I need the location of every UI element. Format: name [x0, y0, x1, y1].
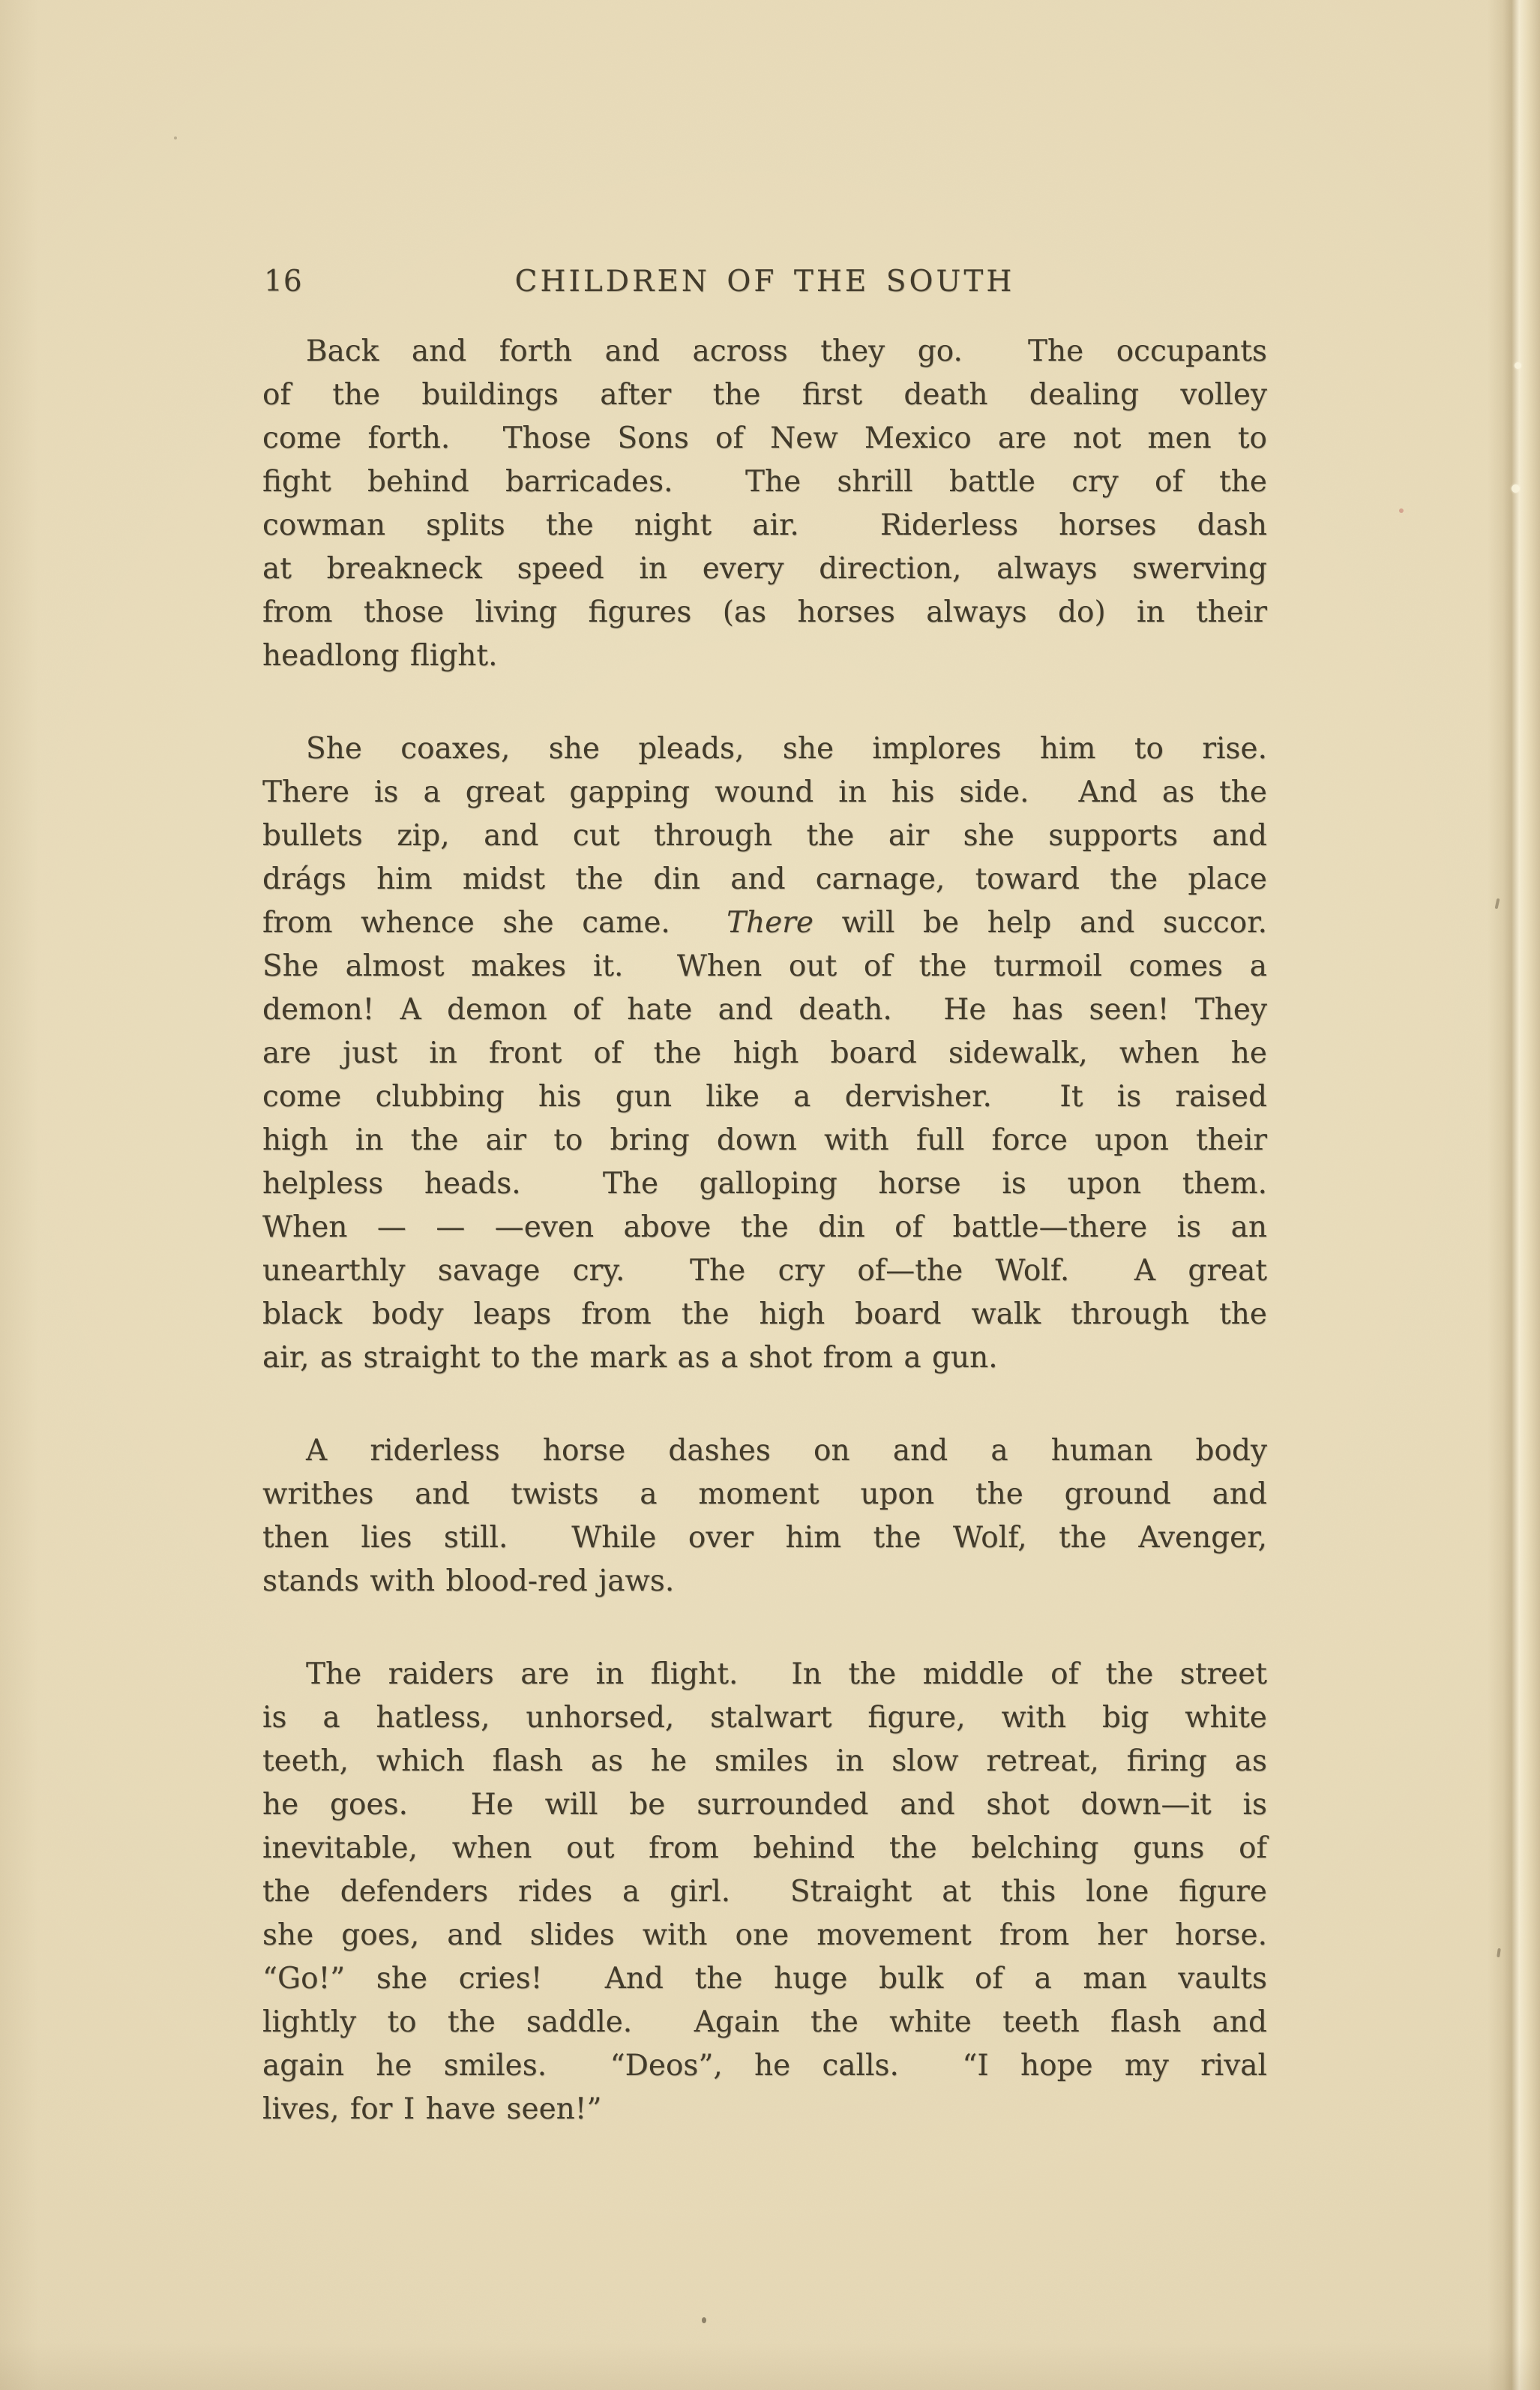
text-line: air, as straight to the mark as a shot f…: [262, 1336, 1267, 1380]
text-line: he goes. He will be surrounded and shot …: [262, 1783, 1267, 1827]
text-line: come forth. Those Sons of New Mexico are…: [262, 417, 1267, 460]
page-header: 16 CHILDREN OF THE SOUTH: [262, 262, 1267, 301]
text-line: helpless heads. The galloping horse is u…: [262, 1162, 1267, 1206]
running-head-title: CHILDREN OF THE SOUTH: [262, 262, 1267, 301]
text-line: inevitable, when out from behind the bel…: [262, 1827, 1267, 1870]
paper-speck: [174, 136, 177, 139]
text-line: from those living figures (as horses alw…: [262, 591, 1267, 634]
paragraph: Back and forth and across they go. The o…: [262, 330, 1267, 678]
text-line: she goes, and slides with one movement f…: [262, 1914, 1267, 1957]
text-line: bullets zip, and cut through the air she…: [262, 814, 1267, 858]
text-line: is a hatless, unhorsed, stalwart figure,…: [262, 1696, 1267, 1740]
text-line: from whence she came. There will be help…: [262, 901, 1267, 945]
text-line: stands with blood-red jaws.: [262, 1560, 1267, 1603]
paper-fleck: [1512, 484, 1520, 493]
text-line: high in the air to bring down with full …: [262, 1119, 1267, 1162]
text-line: A riderless horse dashes on and a human …: [262, 1429, 1267, 1473]
text-line: demon! A demon of hate and death. He has…: [262, 988, 1267, 1032]
page-number: 16: [264, 262, 303, 301]
text-line: drágs him midst the din and carnage, tow…: [262, 858, 1267, 901]
text-line: There is a great gapping wound in his si…: [262, 771, 1267, 814]
text-line: She almost makes it. When out of the tur…: [262, 945, 1267, 988]
text-line: lives, for I have seen!”: [262, 2088, 1267, 2131]
paper-fleck: [1515, 362, 1521, 369]
text-block: Back and forth and across they go. The o…: [262, 330, 1267, 2181]
text-line: come clubbing his gun like a dervisher. …: [262, 1075, 1267, 1119]
paper-speck: [702, 2317, 706, 2323]
text-line: Back and forth and across they go. The o…: [262, 330, 1267, 373]
text-line: lightly to the saddle. Again the white t…: [262, 2001, 1267, 2044]
paper-mark: [1495, 898, 1500, 910]
text-line: again he smiles. “Deos”, he calls. “I ho…: [262, 2044, 1267, 2088]
paragraph: She coaxes, she pleads, she implores him…: [262, 727, 1267, 1380]
paper-mark: [1497, 1948, 1501, 1957]
text-line: writhes and twists a moment upon the gro…: [262, 1473, 1267, 1516]
text-line: the defenders rides a girl. Straight at …: [262, 1870, 1267, 1914]
text-line: of the buildings after the first death d…: [262, 373, 1267, 417]
text-line: She coaxes, she pleads, she implores him…: [262, 727, 1267, 771]
text-line: cowman splits the night air. Riderless h…: [262, 504, 1267, 547]
paper-speck: [1399, 508, 1404, 513]
text-line: are just in front of the high board side…: [262, 1032, 1267, 1075]
text-line: fight behind barricades. The shrill batt…: [262, 460, 1267, 504]
text-line: When — — —even above the din of battle—t…: [262, 1206, 1267, 1249]
scanned-book-page: 16 CHILDREN OF THE SOUTH Back and forth …: [0, 0, 1540, 2390]
paragraph: A riderless horse dashes on and a human …: [262, 1429, 1267, 1603]
text-line: “Go!” she cries! And the huge bulk of a …: [262, 1957, 1267, 2001]
text-line: The raiders are in flight. In the middle…: [262, 1653, 1267, 1696]
text-line: unearthly savage cry. The cry of—the Wol…: [262, 1249, 1267, 1293]
text-line: teeth, which flash as he smiles in slow …: [262, 1740, 1267, 1783]
text-line: headlong flight.: [262, 634, 1267, 678]
paragraph: The raiders are in flight. In the middle…: [262, 1653, 1267, 2131]
text-line: then lies still. While over him the Wolf…: [262, 1516, 1267, 1560]
text-line: black body leaps from the high board wal…: [262, 1293, 1267, 1336]
text-line: at breakneck speed in every direction, a…: [262, 547, 1267, 591]
